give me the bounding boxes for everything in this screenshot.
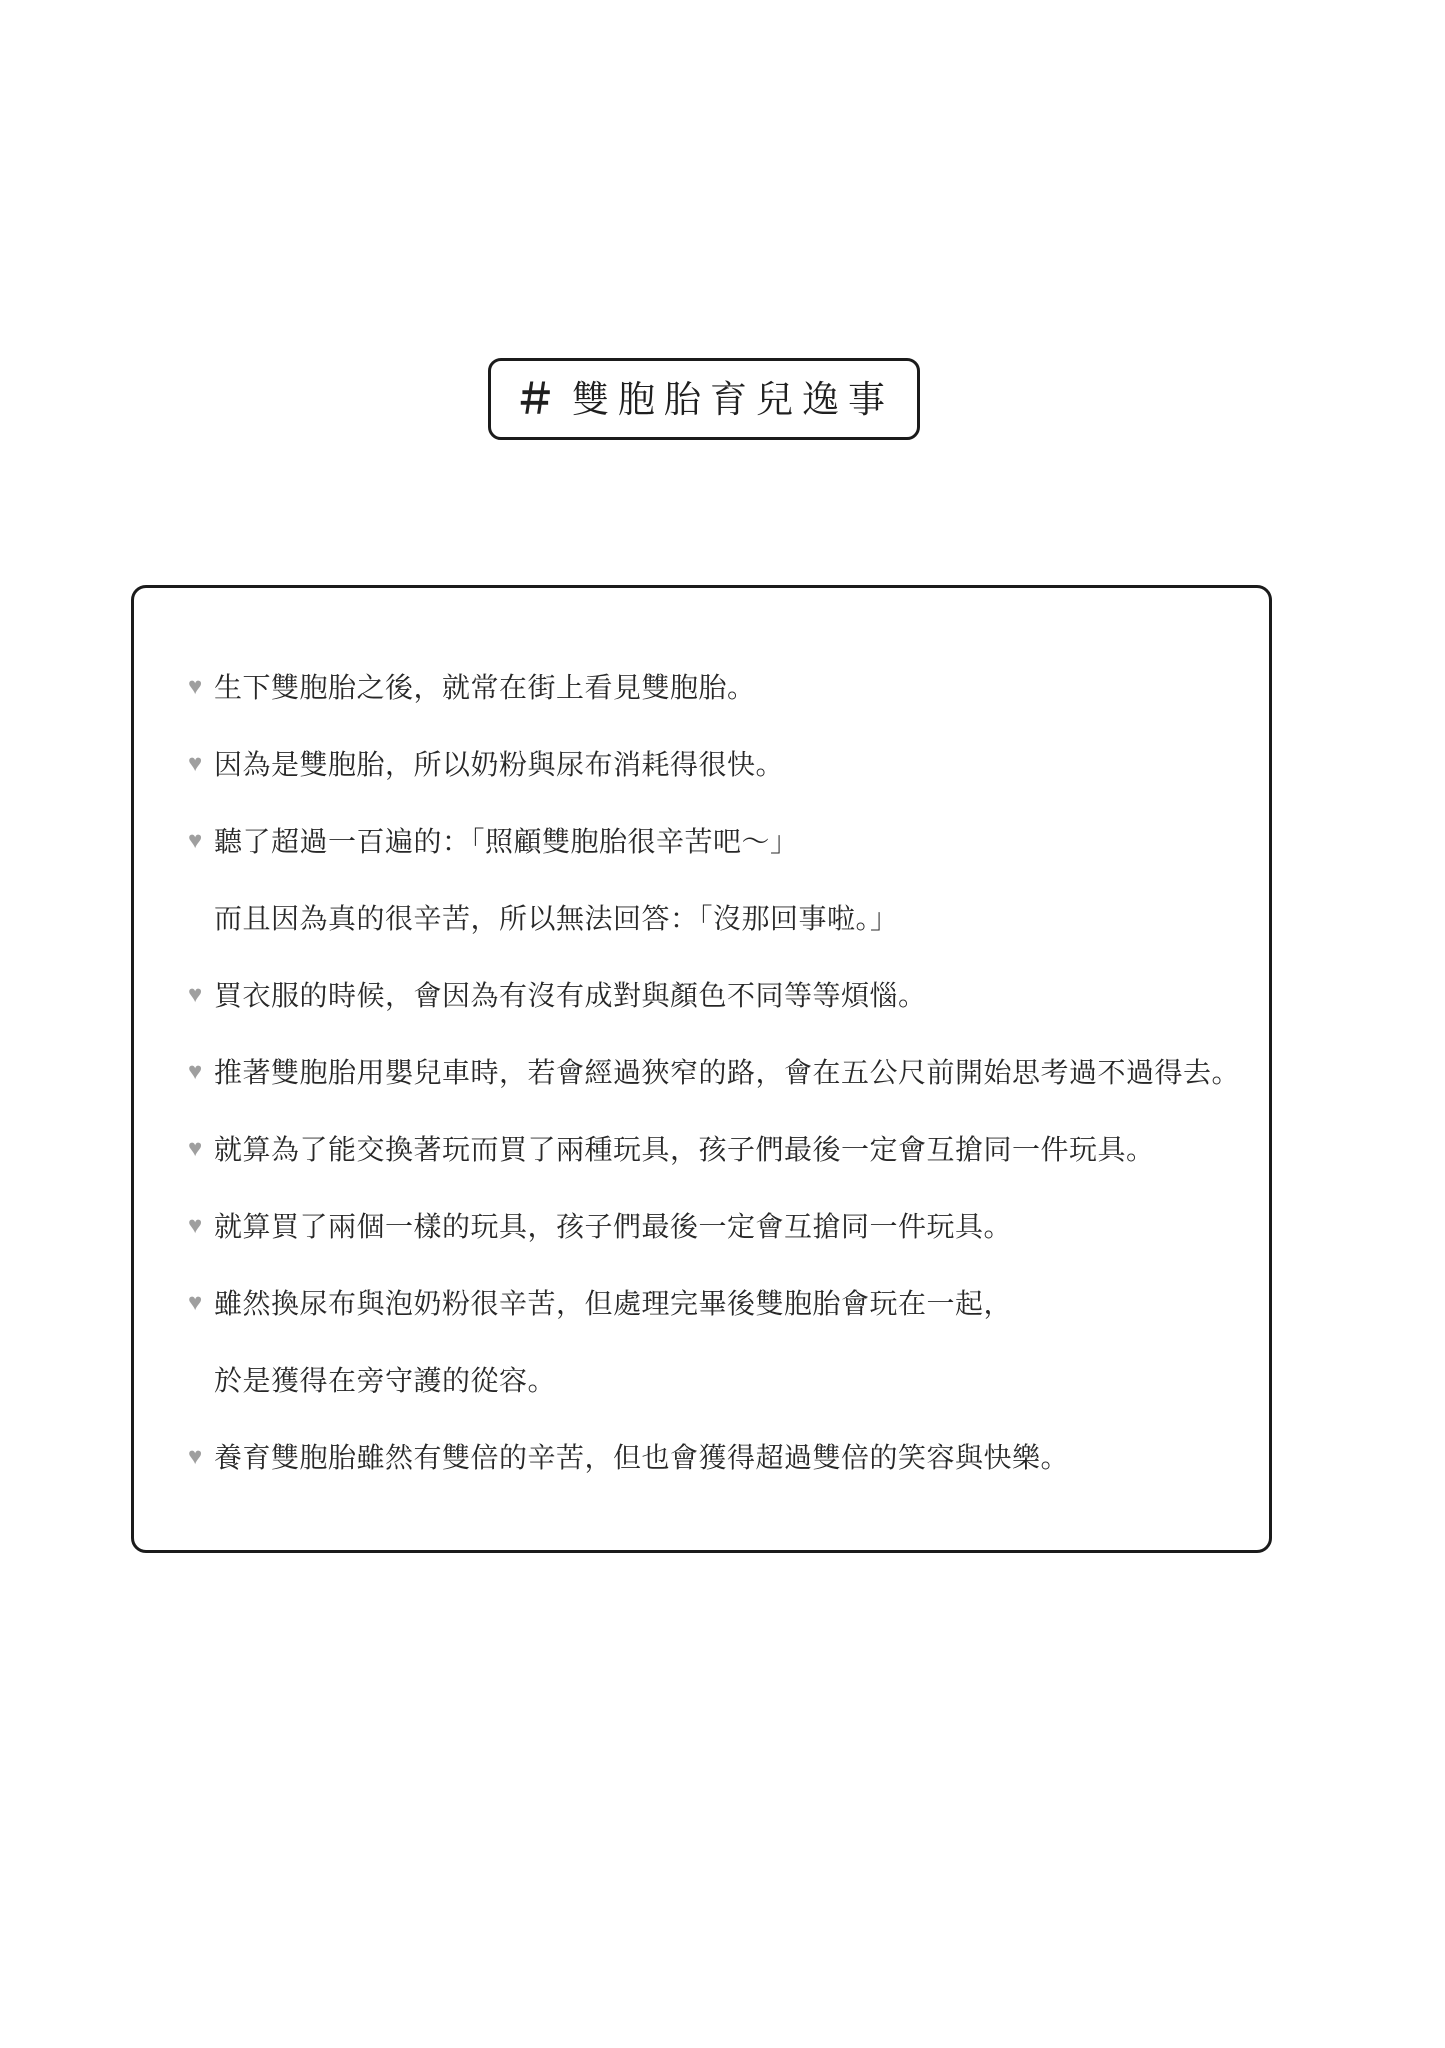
heart-icon: ♥ bbox=[188, 1445, 214, 1469]
anecdote-item: ♥推著雙胞胎用嬰兒車時，若會經過狹窄的路，會在五公尺前開始思考過不過得去。 bbox=[188, 1034, 1249, 1111]
anecdote-list: ♥生下雙胞胎之後，就常在街上看見雙胞胎。♥因為是雙胞胎，所以奶粉與尿布消耗得很快… bbox=[188, 649, 1249, 1496]
anecdote-item: ♥雖然換尿布與泡奶粉很辛苦，但處理完畢後雙胞胎會玩在一起， bbox=[188, 1265, 1249, 1342]
anecdote-text: 就算為了能交換著玩而買了兩種玩具，孩子們最後一定會互搶同一件玩具。 bbox=[214, 1136, 1155, 1164]
heart-icon: ♥ bbox=[188, 752, 214, 776]
anecdote-item: ♥生下雙胞胎之後，就常在街上看見雙胞胎。 bbox=[188, 649, 1249, 726]
anecdote-item: ♥買衣服的時候，會因為有沒有成對與顏色不同等等煩惱。 bbox=[188, 957, 1249, 1034]
anecdote-text: 於是獲得在旁守護的從容。 bbox=[214, 1367, 556, 1395]
anecdote-text: 就算買了兩個一樣的玩具，孩子們最後一定會互搶同一件玩具。 bbox=[214, 1213, 1012, 1241]
anecdote-text: 養育雙胞胎雖然有雙倍的辛苦，但也會獲得超過雙倍的笑容與快樂。 bbox=[214, 1444, 1069, 1472]
heart-icon: ♥ bbox=[188, 675, 214, 699]
anecdote-item: ♥就算買了兩個一樣的玩具，孩子們最後一定會互搶同一件玩具。 bbox=[188, 1188, 1249, 1265]
anecdote-box: ♥生下雙胞胎之後，就常在街上看見雙胞胎。♥因為是雙胞胎，所以奶粉與尿布消耗得很快… bbox=[131, 585, 1272, 1553]
anecdote-item-continuation: 而且因為真的很辛苦，所以無法回答：「沒那回事啦。」 bbox=[188, 880, 1249, 957]
heart-icon: ♥ bbox=[188, 1291, 214, 1315]
anecdote-text: 而且因為真的很辛苦，所以無法回答：「沒那回事啦。」 bbox=[214, 905, 899, 933]
anecdote-item: ♥聽了超過一百遍的：「照顧雙胞胎很辛苦吧～」 bbox=[188, 803, 1249, 880]
heart-icon: ♥ bbox=[188, 1137, 214, 1161]
anecdote-text: 雖然換尿布與泡奶粉很辛苦，但處理完畢後雙胞胎會玩在一起， bbox=[214, 1290, 1012, 1318]
anecdote-text: 推著雙胞胎用嬰兒車時，若會經過狹窄的路，會在五公尺前開始思考過不過得去。 bbox=[214, 1059, 1240, 1087]
chapter-title-box: ＃ 雙胞胎育兒逸事 bbox=[488, 358, 920, 440]
page-title: 雙胞胎育兒逸事 bbox=[572, 381, 894, 418]
anecdote-item-continuation: 於是獲得在旁守護的從容。 bbox=[188, 1342, 1249, 1419]
hashtag-icon: ＃ bbox=[514, 378, 556, 420]
heart-icon: ♥ bbox=[188, 1214, 214, 1238]
anecdote-text: 買衣服的時候，會因為有沒有成對與顏色不同等等煩惱。 bbox=[214, 982, 927, 1010]
anecdote-text: 聽了超過一百遍的：「照顧雙胞胎很辛苦吧～」 bbox=[214, 828, 799, 856]
heart-icon: ♥ bbox=[188, 829, 214, 853]
anecdote-item: ♥因為是雙胞胎，所以奶粉與尿布消耗得很快。 bbox=[188, 726, 1249, 803]
anecdote-text: 因為是雙胞胎，所以奶粉與尿布消耗得很快。 bbox=[214, 751, 784, 779]
heart-icon: ♥ bbox=[188, 1060, 214, 1084]
heart-icon: ♥ bbox=[188, 983, 214, 1007]
anecdote-item: ♥就算為了能交換著玩而買了兩種玩具，孩子們最後一定會互搶同一件玩具。 bbox=[188, 1111, 1249, 1188]
anecdote-item: ♥養育雙胞胎雖然有雙倍的辛苦，但也會獲得超過雙倍的笑容與快樂。 bbox=[188, 1419, 1249, 1496]
anecdote-text: 生下雙胞胎之後，就常在街上看見雙胞胎。 bbox=[214, 674, 756, 702]
